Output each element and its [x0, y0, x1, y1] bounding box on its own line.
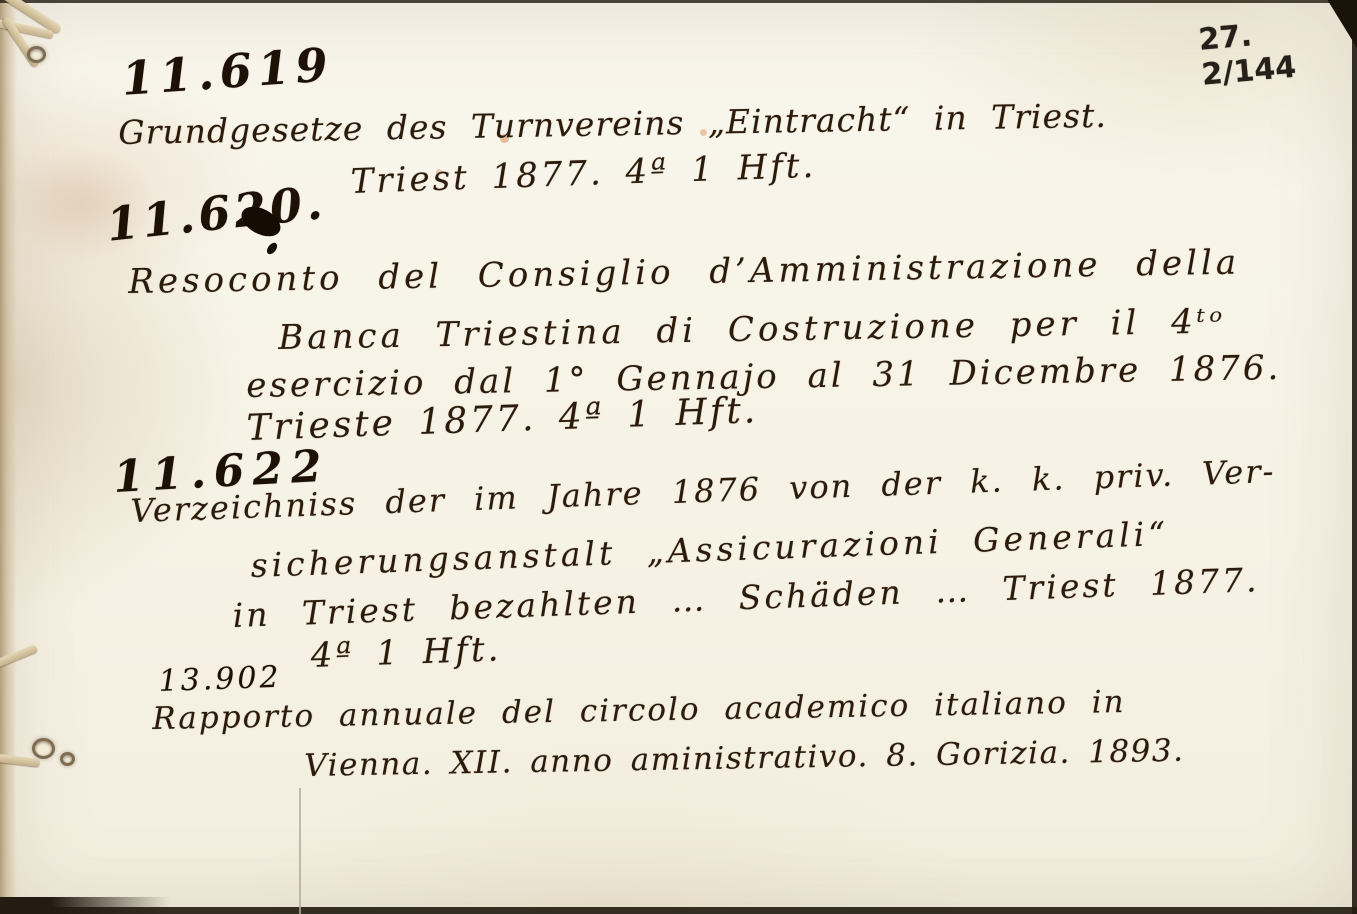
- entry-line: Rapporto annuale del circolo academico i…: [152, 684, 1126, 737]
- entry-line: 4ª 1 Hft.: [310, 629, 502, 676]
- entry-line: Vienna. XII. anno aministrativo. 8. Gori…: [304, 733, 1185, 784]
- card-edge-line: [299, 788, 301, 914]
- page-edge-right: [1352, 0, 1357, 914]
- entry-number: 11.619: [120, 37, 335, 106]
- manuscript-page: 27. 2/144 11.619 Grundgesetze des Turnve…: [0, 0, 1357, 914]
- ink-blot: [265, 241, 279, 256]
- page-edge-bottom: [0, 907, 1357, 914]
- page-edge-top: [0, 0, 1357, 3]
- punch-hole: [27, 46, 46, 63]
- entry-number: 13.902: [158, 660, 282, 699]
- entry-line: Banca Triestina di Costruzione per il 4ᵗ…: [278, 301, 1227, 358]
- entry-line: esercizio dal 1° Gennajo al 31 Dicembre …: [246, 348, 1282, 406]
- punch-hole: [60, 752, 75, 766]
- entry-line: Resoconto del Consiglio d’Amministrazion…: [128, 243, 1240, 302]
- archive-number-stamp: 27. 2/144: [1197, 9, 1357, 92]
- torn-edge-left: [0, 0, 17, 914]
- entry-line: Grundgesetze des Turnvereins „Eintracht“…: [118, 96, 1107, 152]
- punch-hole: [32, 738, 55, 759]
- entry-line: Triest 1877. 4ª 1 Hft.: [350, 146, 817, 202]
- corner-shadow-bottom-left: [0, 897, 170, 914]
